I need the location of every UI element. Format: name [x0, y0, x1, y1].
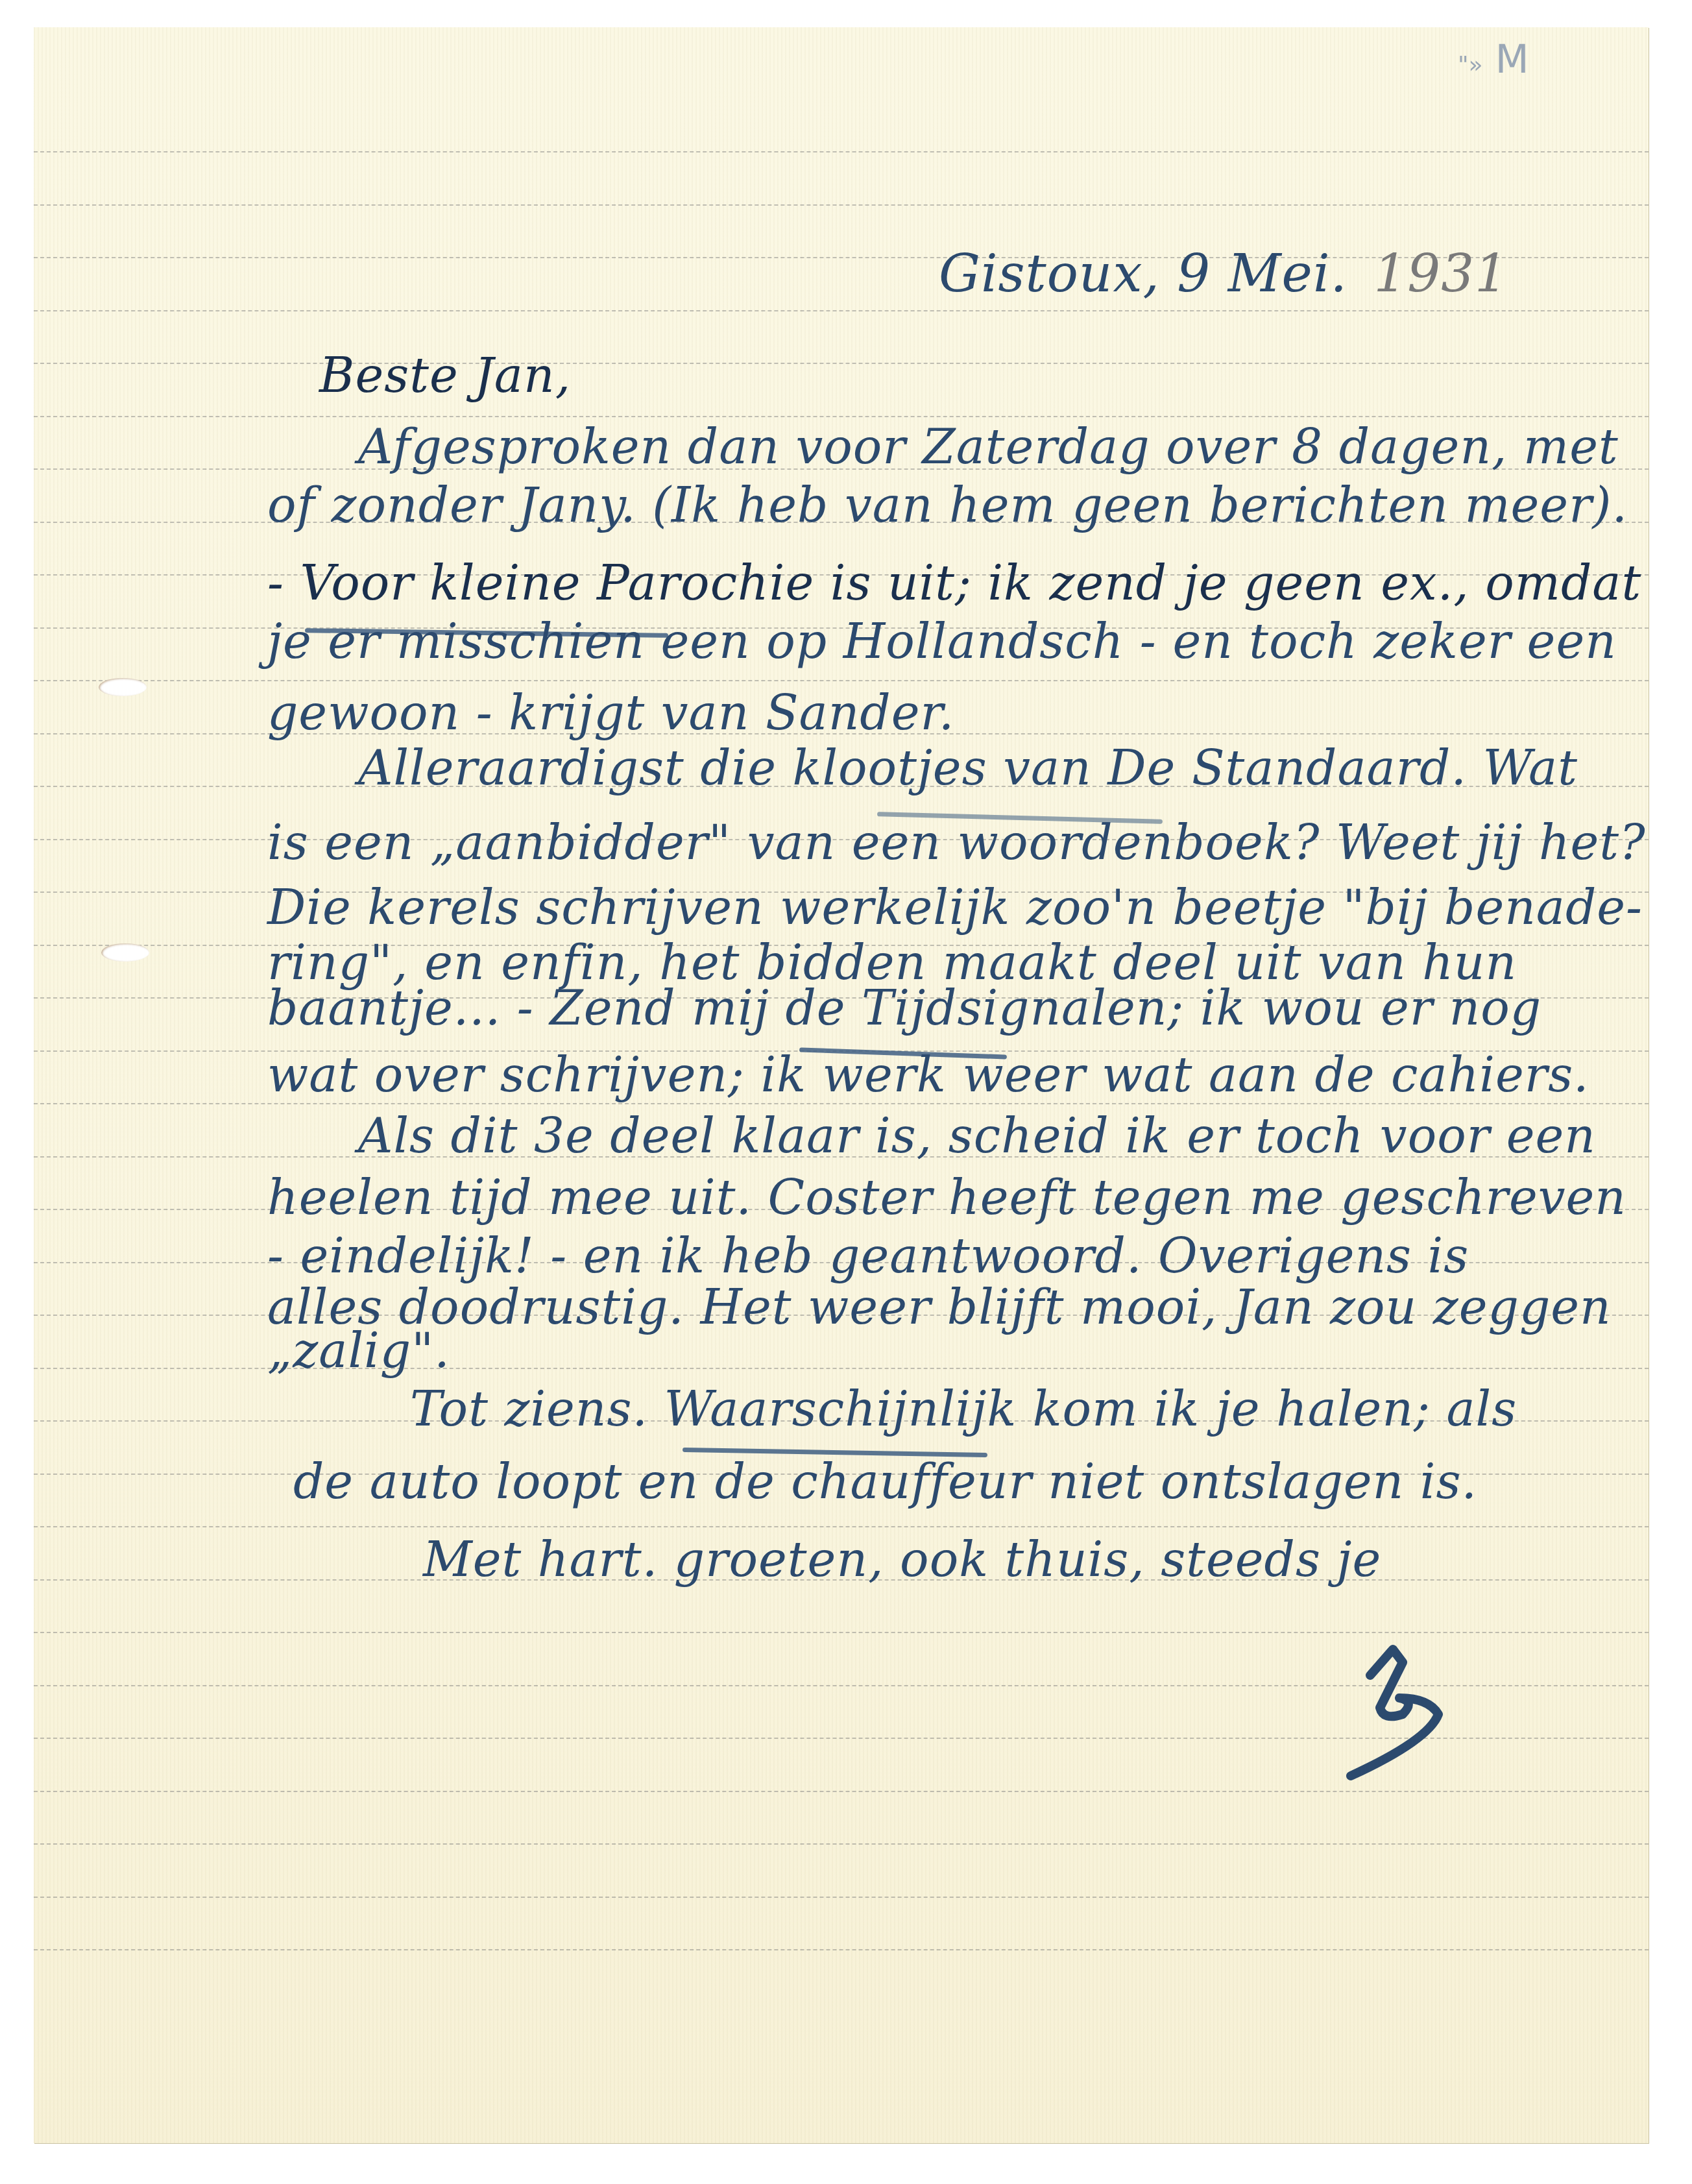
letter-line-7: is een „aanbidder" van een woordenboek? … — [267, 819, 1646, 867]
ruled-line — [34, 1949, 1649, 1950]
letter-line-4: je er misschien een op Hollandsch - en t… — [267, 618, 1617, 666]
ruled-line — [34, 416, 1649, 417]
letter-line-15: alles doodrustig. Het weer blijft mooi, … — [267, 1283, 1612, 1331]
ruled-line — [34, 1897, 1649, 1898]
salutation: Beste Jan, — [319, 352, 571, 400]
letter-line-9: ring", en enfin, het bidden maakt deel u… — [267, 939, 1517, 987]
letter-line-3: - Voor kleine Parochie is uit; ik zend j… — [267, 559, 1641, 607]
letter-line-13: heelen tijd mee uit. Coster heeft tegen … — [267, 1174, 1626, 1222]
letter-line-8: Die kerels schrijven werkelijk zoo'n bee… — [267, 884, 1643, 932]
year-pencil: 1931 — [1373, 243, 1508, 304]
letter-line-18: de auto loopt en de chauffeur niet ontsl… — [293, 1458, 1477, 1506]
ruled-line — [34, 363, 1649, 364]
letter-line-1: Afgesproken dan voor Zaterdag over 8 dag… — [358, 423, 1619, 471]
letter-paper: "» M Gistoux, 9 Mei. 1931 Beste Jan, Afg… — [34, 27, 1649, 2143]
letter-line-10: baantje... - Zend mij de Tijdsignalen; i… — [267, 984, 1541, 1032]
ruled-line — [34, 204, 1649, 206]
letter-line-17: Tot ziens. Waarschijnlijk kom ik je hale… — [410, 1385, 1517, 1433]
ruled-line — [34, 310, 1649, 311]
letter-line-19: Met hart. groeten, ook thuis, steeds je — [423, 1536, 1381, 1584]
letter-line-14: - eindelijk! - en ik heb geantwoord. Ove… — [267, 1232, 1469, 1280]
letter-line-12: Als dit 3e deel klaar is, scheid ik er t… — [358, 1112, 1596, 1160]
ruled-line — [34, 1526, 1649, 1527]
punch-hole-bottom — [101, 943, 149, 962]
letter-line-2: of zonder Jany. (Ik heb van hem geen ber… — [267, 481, 1628, 529]
date-line: Gistoux, 9 Mei. 1931 — [939, 248, 1508, 300]
ruled-line — [34, 680, 1649, 681]
letter-line-6: Alleraardigst die klootjes van De Standa… — [358, 744, 1578, 792]
ruled-line — [34, 151, 1649, 152]
letter-line-5: gewoon - krijgt van Sander. — [267, 689, 954, 737]
ruled-line — [34, 1632, 1649, 1633]
ruled-line — [34, 1843, 1649, 1845]
punch-hole-top — [99, 678, 147, 696]
signature — [1331, 1636, 1513, 1792]
ruled-line — [34, 1103, 1649, 1104]
letter-line-11: wat over schrijven; ik werk weer wat aan… — [267, 1051, 1589, 1099]
archive-mark: "» M — [1458, 37, 1529, 82]
letter-line-16: „zalig". — [267, 1327, 450, 1375]
place-date: Gistoux, 9 Mei. — [939, 243, 1348, 304]
